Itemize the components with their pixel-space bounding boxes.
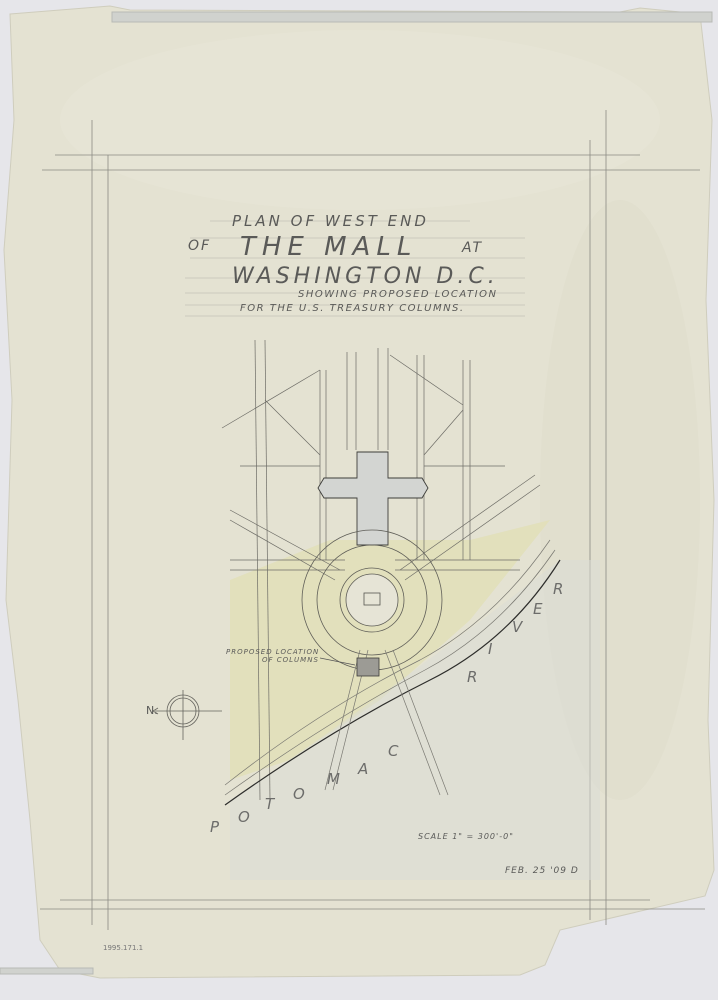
- date-text: FEB. 25 '09: [505, 866, 567, 876]
- drawing-sheet: [0, 0, 718, 1000]
- title-of: OF: [188, 238, 211, 254]
- river-letter: O: [238, 808, 250, 826]
- title-at: AT: [462, 240, 483, 256]
- subtitle-line-1: SHOWING PROPOSED LOCATION: [298, 289, 497, 300]
- initial-text: D: [571, 866, 579, 876]
- bottom-clip: [0, 968, 93, 974]
- title-washington: WASHINGTON D.C.: [232, 264, 499, 289]
- river-letter: V: [512, 618, 522, 636]
- accession-number: 1995.171.1: [103, 944, 143, 952]
- date-label: FEB. 25 '09 D: [505, 866, 579, 876]
- subtitle-line-2: FOR THE U.S. TREASURY COLUMNS.: [240, 303, 465, 314]
- river-letter: E: [533, 600, 542, 618]
- river-letter: C: [388, 742, 398, 760]
- proposed-location-label: PROPOSED LOCATION: [226, 648, 319, 656]
- river-letter: M: [327, 770, 340, 788]
- river-letter: I: [488, 640, 492, 658]
- river-letter: A: [358, 760, 368, 778]
- of-columns-label: OF COLUMNS: [262, 656, 319, 664]
- scale-label: SCALE 1" = 300'-0": [418, 832, 514, 841]
- north-label: N.: [146, 704, 158, 717]
- river-letter: R: [553, 580, 563, 598]
- river-letter: P: [210, 818, 219, 836]
- title-the-mall: THE MALL: [240, 232, 417, 262]
- title-line-1: PLAN OF WEST END: [232, 212, 429, 230]
- river-letter: R: [467, 668, 477, 686]
- river-letter: T: [265, 795, 274, 813]
- columns-site: [357, 658, 379, 676]
- river-letter: O: [293, 785, 305, 803]
- top-clip: [112, 12, 712, 22]
